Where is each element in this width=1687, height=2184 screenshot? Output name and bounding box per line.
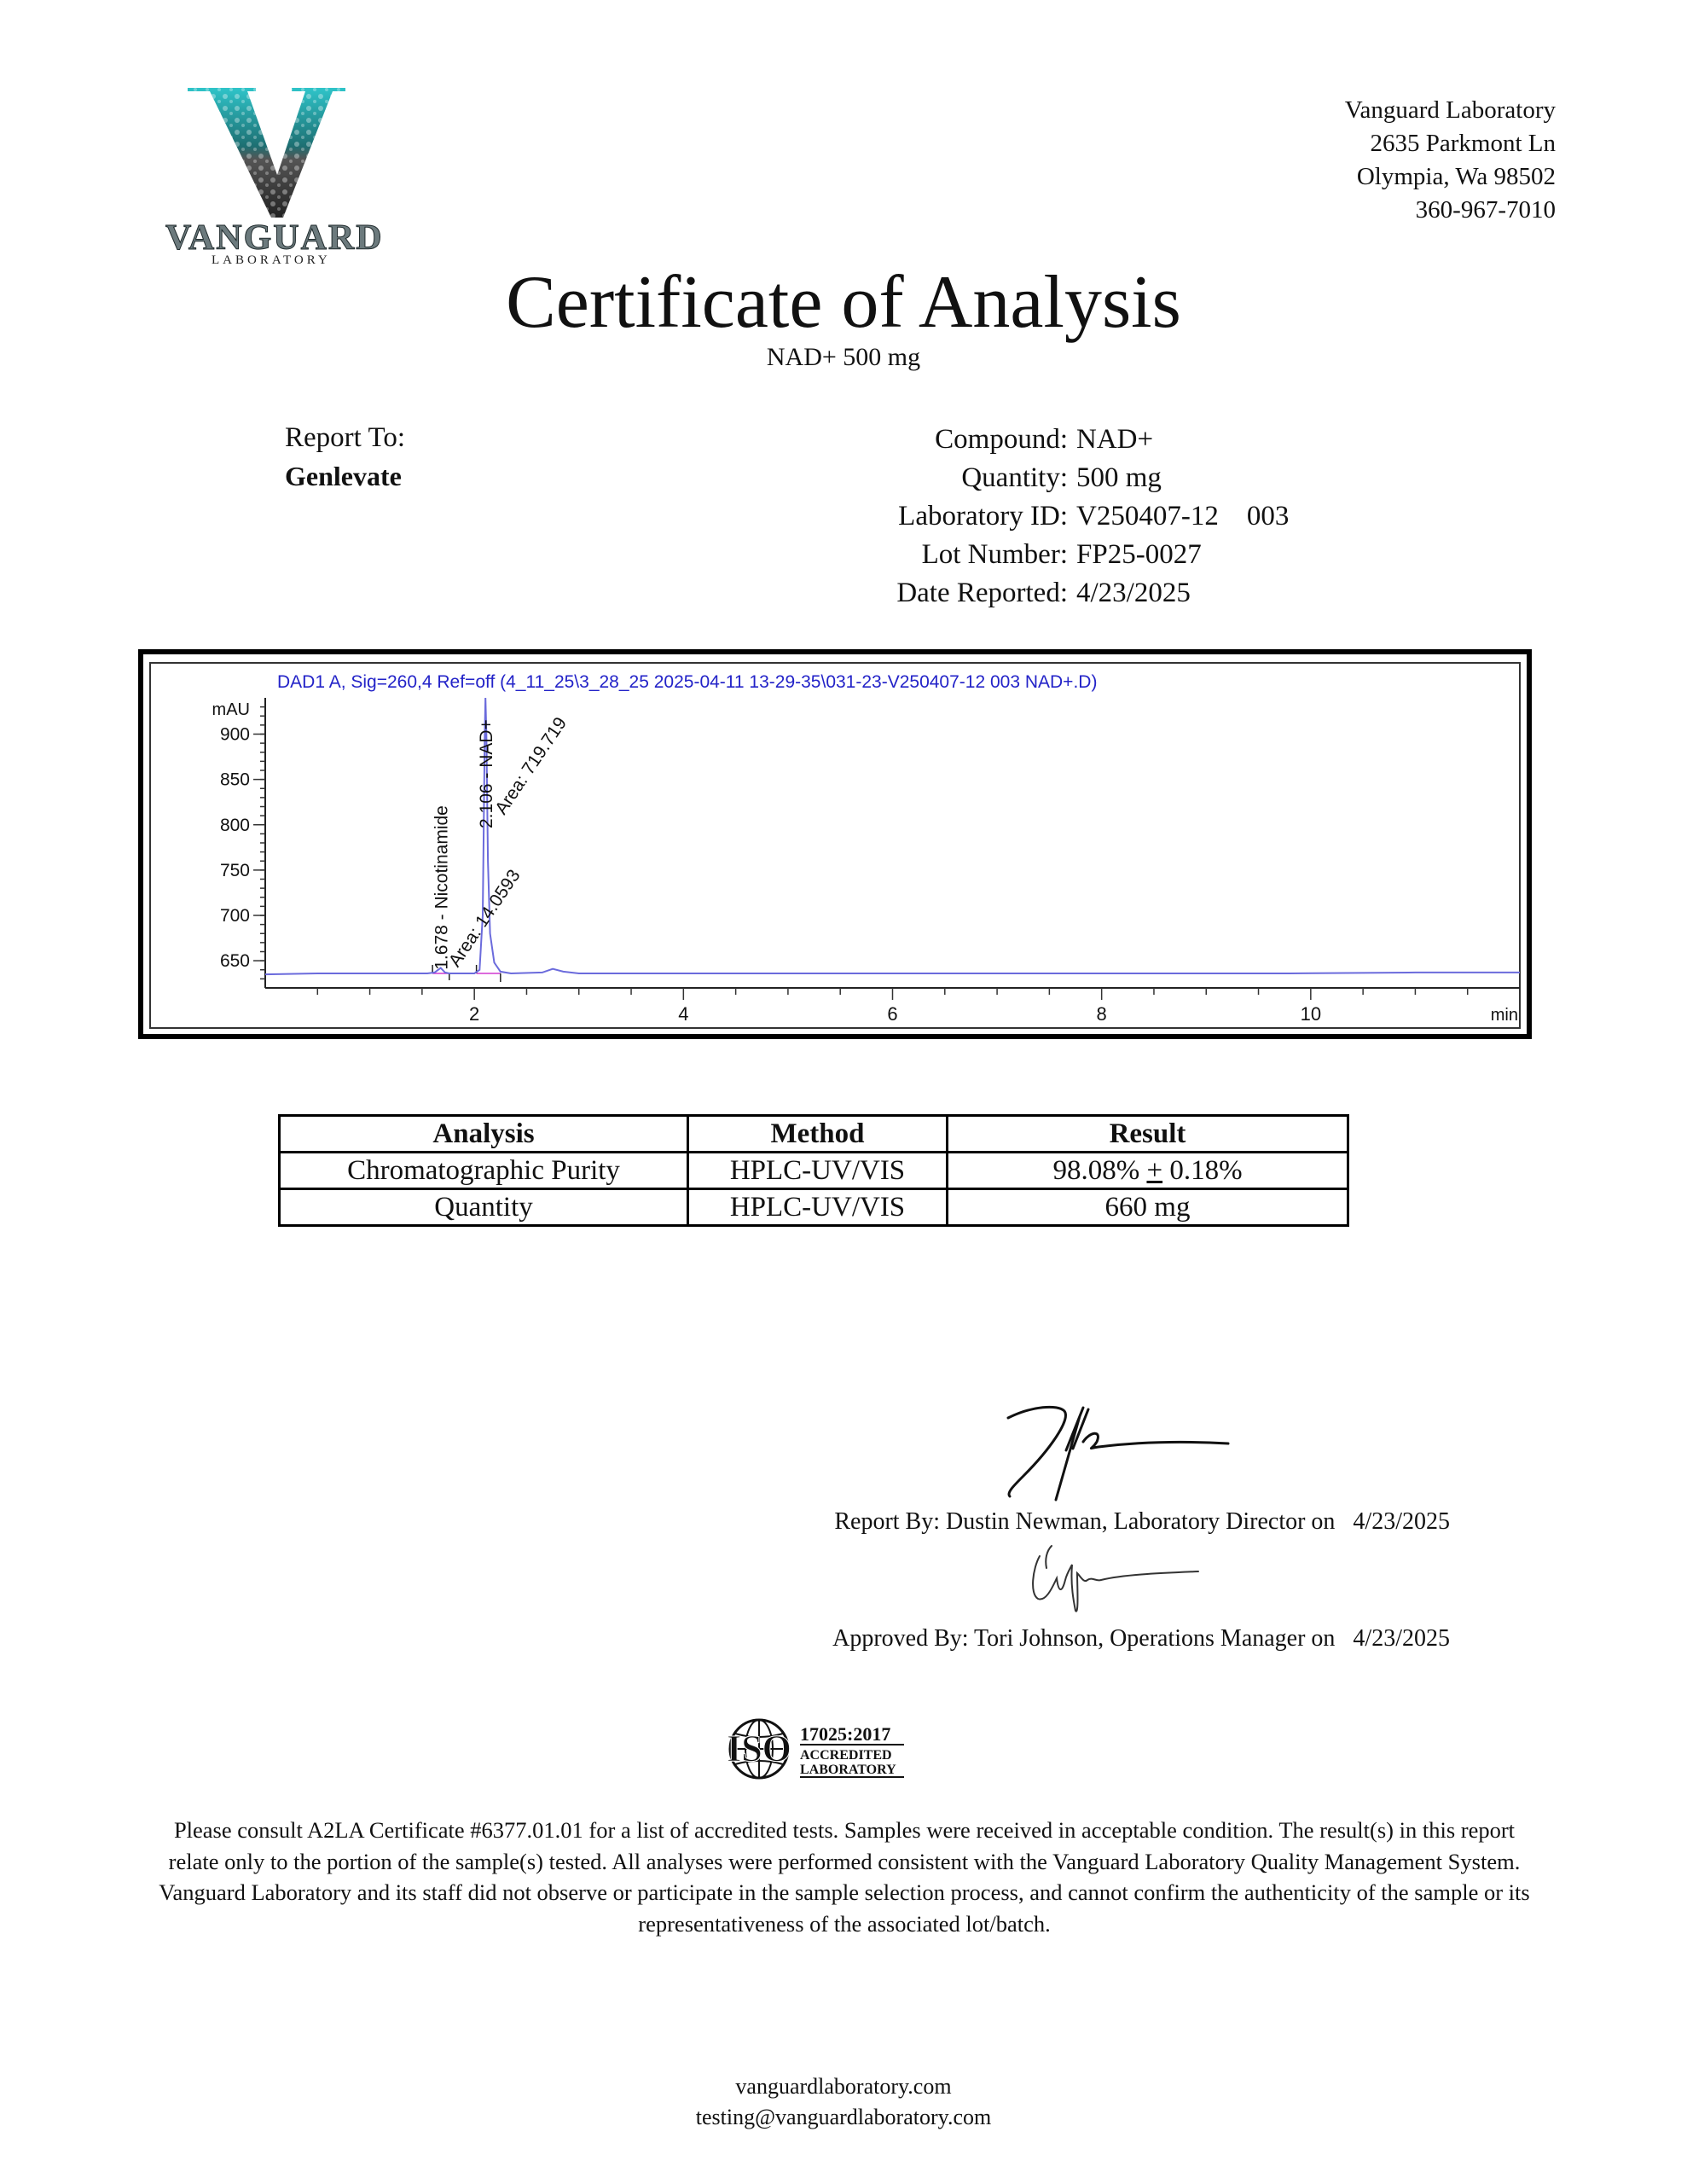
cell-analysis: Chromatographic Purity	[280, 1153, 688, 1189]
iso-accreditation-badge: ISO 17025:2017 ACCREDITED LABORATORY	[716, 1715, 913, 1787]
report-by-line: Report By: Dustin Newman, Laboratory Dir…	[0, 1508, 1450, 1536]
document-title: Certificate of Analysis	[0, 260, 1687, 346]
report-to-client: Genlevate	[285, 461, 402, 492]
chart-title: DAD1 A, Sig=260,4 Ref=off (4_11_25\3_28_…	[277, 672, 1097, 692]
lab-city: Olympia, Wa 98502	[1345, 160, 1556, 194]
svg-text:ACCREDITED: ACCREDITED	[800, 1748, 892, 1763]
info-row-lot-number: Lot Number:FP25-0027	[768, 536, 1289, 574]
svg-text:700: 700	[220, 906, 250, 926]
plus-minus-symbol: +	[1146, 1155, 1162, 1186]
approver-signature-icon	[1028, 1542, 1215, 1619]
info-value: V250407-12 003	[1076, 497, 1289, 536]
cell-result: 660 mg	[948, 1189, 1348, 1226]
info-label: Lot Number:	[768, 536, 1076, 574]
cell-method: HPLC-UV/VIS	[688, 1189, 948, 1226]
cell-method: HPLC-UV/VIS	[688, 1153, 948, 1189]
result-value: 660 mg	[1105, 1192, 1191, 1223]
info-label: Laboratory ID:	[768, 497, 1076, 536]
cell-analysis: Quantity	[280, 1189, 688, 1226]
info-value: NAD+	[1076, 421, 1153, 459]
result-uncertainty: 0.18%	[1162, 1155, 1243, 1186]
svg-text:10: 10	[1301, 1003, 1321, 1025]
header-result: Result	[948, 1116, 1348, 1153]
info-row-quantity: Quantity:500 mg	[768, 459, 1289, 497]
peak-label-nad: 2.106 - NAD+	[477, 719, 496, 828]
info-row-lab-id: Laboratory ID:V250407-12 003	[768, 497, 1289, 536]
info-row-date-reported: Date Reported:4/23/2025	[768, 574, 1289, 613]
logo-wordmark: VANGUARD	[165, 218, 384, 258]
lab-phone: 360-967-7010	[1345, 194, 1556, 227]
peak-label-nicotinamide: 1.678 - Nicotinamide	[432, 805, 452, 970]
disclaimer-text: Please consult A2LA Certificate #6377.01…	[154, 1815, 1535, 1939]
info-label: Compound:	[768, 421, 1076, 459]
info-value: FP25-0027	[1076, 536, 1202, 574]
svg-text:900: 900	[220, 725, 250, 745]
info-value: 500 mg	[1076, 459, 1162, 497]
sample-info: Compound:NAD+ Quantity:500 mg Laboratory…	[768, 421, 1289, 613]
table-header-row: Analysis Method Result	[280, 1116, 1348, 1153]
iso-globe-icon: ISO 17025:2017 ACCREDITED LABORATORY	[716, 1715, 913, 1783]
svg-text:850: 850	[220, 770, 250, 790]
svg-text:750: 750	[220, 861, 250, 880]
result-value: 98.08%	[1052, 1155, 1146, 1186]
footer-email-link[interactable]: testing@vanguardlaboratory.com	[0, 2102, 1687, 2133]
table-row: Quantity HPLC-UV/VIS 660 mg	[280, 1189, 1348, 1226]
lab-name: Vanguard Laboratory	[1345, 94, 1556, 127]
svg-text:2: 2	[469, 1003, 479, 1025]
svg-text:8: 8	[1097, 1003, 1107, 1025]
table-row: Chromatographic Purity HPLC-UV/VIS 98.08…	[280, 1153, 1348, 1189]
chromatogram-chart: DAD1 A, Sig=260,4 Ref=off (4_11_25\3_28_…	[149, 662, 1521, 1029]
svg-text:17025:2017: 17025:2017	[800, 1723, 890, 1745]
results-table: Analysis Method Result Chromatographic P…	[278, 1114, 1349, 1227]
info-value: 4/23/2025	[1076, 574, 1191, 613]
svg-text:min: min	[1491, 1006, 1518, 1025]
svg-text:800: 800	[220, 816, 250, 835]
vanguard-logo: VANGUARD LABORATORY	[162, 81, 384, 264]
document-subtitle: NAD+ 500 mg	[0, 343, 1687, 372]
info-label: Date Reported:	[768, 574, 1076, 613]
info-label: Quantity:	[768, 459, 1076, 497]
lab-address-block: Vanguard Laboratory 2635 Parkmont Ln Oly…	[1345, 94, 1556, 227]
logo-v-icon	[162, 81, 384, 222]
cell-result: 98.08% + 0.18%	[948, 1153, 1348, 1189]
svg-text:650: 650	[220, 951, 250, 971]
svg-text:LABORATORY: LABORATORY	[800, 1763, 896, 1777]
iso-text: ISO	[727, 1728, 791, 1769]
footer: vanguardlaboratory.com testing@vanguardl…	[0, 2071, 1687, 2133]
svg-text:6: 6	[887, 1003, 897, 1025]
lab-street: 2635 Parkmont Ln	[1345, 127, 1556, 160]
svg-text:4: 4	[678, 1003, 688, 1025]
header-method: Method	[688, 1116, 948, 1153]
report-to-label: Report To:	[285, 422, 405, 454]
footer-website-link[interactable]: vanguardlaboratory.com	[0, 2071, 1687, 2102]
header-analysis: Analysis	[280, 1116, 688, 1153]
approved-by-line: Approved By: Tori Johnson, Operations Ma…	[0, 1625, 1450, 1653]
svg-text:mAU: mAU	[212, 700, 250, 719]
director-signature-icon	[998, 1399, 1271, 1510]
info-row-compound: Compound:NAD+	[768, 421, 1289, 459]
